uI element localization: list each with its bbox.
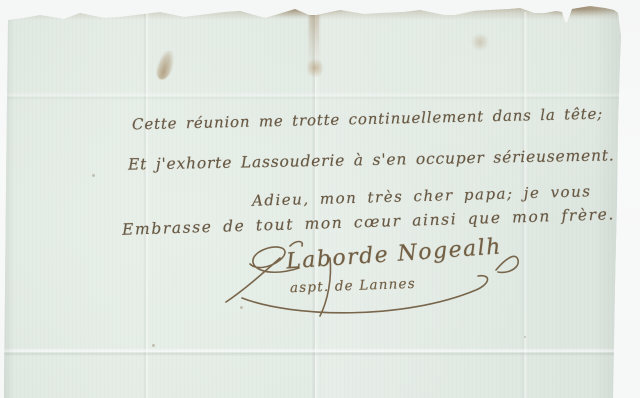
torn-edge-stain-center — [234, 6, 349, 17]
paper-speck — [152, 344, 155, 347]
signature-subscript: aspt. de Lannes — [290, 276, 416, 296]
vertical-fold-crease-right — [521, 12, 527, 398]
handwriting-line-3: Adieu, mon très cher papa; je vous — [252, 182, 592, 209]
fold-stain-blob — [307, 58, 323, 78]
horizontal-fold-crease-bottom — [4, 348, 624, 356]
scan-background: Cette réunion me trotte continuellement … — [0, 0, 640, 398]
ink-blot-stain — [154, 49, 177, 82]
handwriting-line-1: Cette réunion me trotte continuellement … — [132, 105, 603, 134]
horizontal-fold-crease-top — [4, 92, 624, 100]
faint-spot-stain — [470, 34, 490, 50]
paper-speck — [524, 336, 526, 338]
signature-name: Laborde Nogealh — [285, 234, 502, 274]
right-edge-shadow — [594, 6, 624, 398]
vertical-fold-crease-left — [143, 12, 149, 398]
left-edge-shadow — [4, 6, 14, 398]
paper-speck — [92, 174, 95, 177]
handwriting-line-4: Embrasse de tout mon cœur ainsi que mon … — [122, 205, 615, 238]
paper-speck — [240, 306, 243, 309]
letter-sheet: Cette réunion me trotte continuellement … — [4, 6, 624, 398]
handwriting-line-2: Et j'exhorte Lassouderie à s'en occuper … — [128, 146, 615, 173]
